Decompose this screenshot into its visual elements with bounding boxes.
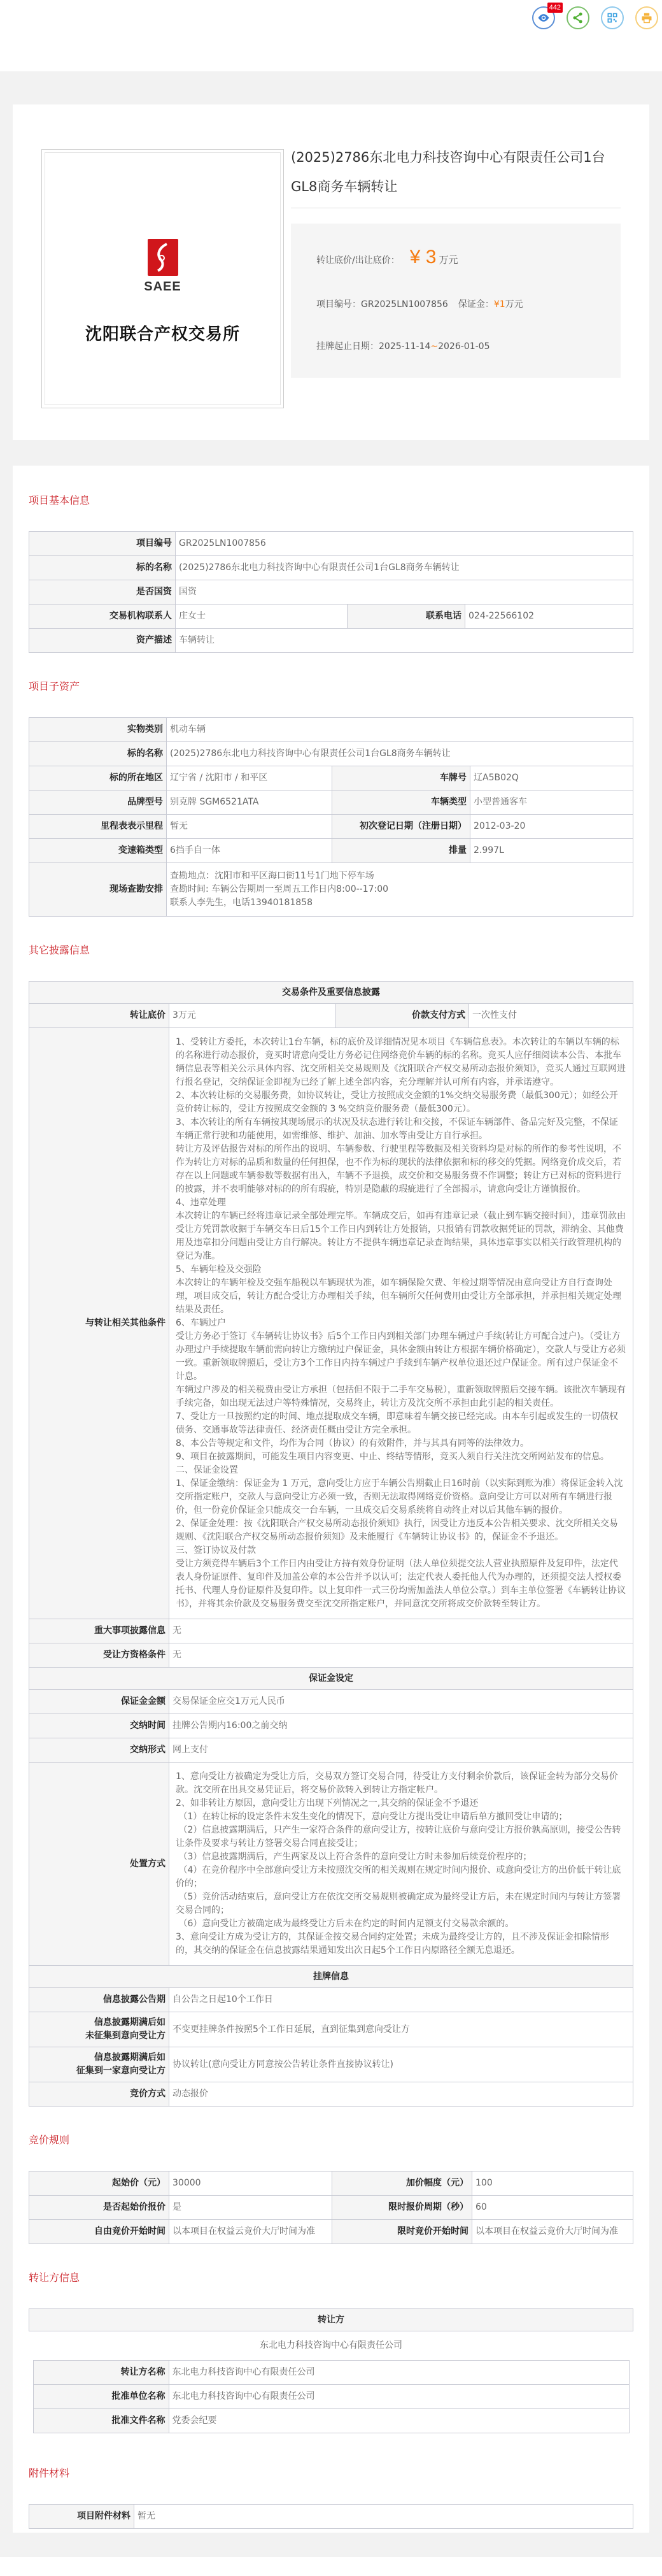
registration-date: 2012-03-20 — [470, 815, 633, 839]
free-start-label: 自由竞价开始时间 — [29, 2220, 169, 2244]
subject-label: 标的名称 — [29, 742, 167, 766]
qrcode-icon — [606, 11, 619, 24]
deposit-currency: ¥ — [494, 299, 500, 310]
price-summary: 转让底价/出让底价： ¥ 3 万元 项目编号： GR2025LN1007856 … — [291, 224, 621, 378]
deposit-disposal: 1、意向受让方被确定为受让方后，交易双方签订交易合同，待受让方支付剩余价款后，该… — [169, 1763, 633, 1966]
start-price: 30000 — [169, 2172, 332, 2196]
label: 项目附件材料 — [29, 2505, 134, 2529]
bidding-rules-table: 起始价（元）30000加价幅度（元）100 是否起始价报价是限时报价周期（秒）6… — [29, 2171, 633, 2244]
bid-cycle: 60 — [472, 2196, 633, 2220]
listing-info-head: 挂牌信息 — [29, 1966, 633, 1988]
section-title-attachments: 附件材料 — [29, 2465, 633, 2480]
no-buyer-label: 信息披露期满后如 未征集到意向受让方 — [29, 2012, 169, 2047]
model-label: 品牌型号 — [29, 791, 167, 815]
listing-period-label: 挂牌起止日期： — [316, 340, 379, 352]
asset-description: 车辆转让 — [176, 629, 633, 653]
buyer-qualification: 无 — [169, 1643, 633, 1668]
increment-label: 加价幅度（元） — [332, 2172, 472, 2196]
share-button[interactable] — [567, 6, 589, 29]
project-no-label: 项目编号： — [316, 297, 361, 310]
displacement-label: 排量 — [332, 839, 470, 863]
major-events: 无 — [169, 1619, 633, 1643]
saee-logo-icon — [148, 239, 178, 276]
attachments-table: 项目附件材料暂无 — [29, 2504, 633, 2529]
qualification-label: 受让方资格条件 — [29, 1643, 169, 1668]
deposit-form-label: 交纳形式 — [29, 1738, 169, 1763]
price-currency: ¥ — [410, 247, 421, 268]
project-no-label: 项目编号 — [29, 532, 176, 556]
view-count-badge: 442 — [547, 3, 563, 13]
no-buyer-rule: 不变更挂牌条件按照5个工作日延展，直到征集到意向受让方 — [169, 2012, 633, 2047]
disclosure-table: 交易条件及重要信息披露 转让底价3万元价款支付方式一次性支付 与转让相关其他条件… — [29, 981, 633, 2107]
project-details: 项目基本信息 项目编号GR2025LN1007856 标的名称(2025)278… — [13, 466, 649, 2533]
displacement: 2.997L — [470, 839, 633, 863]
desc-label: 资产描述 — [29, 629, 176, 653]
action-icons: 442 — [532, 6, 662, 29]
timed-start-label: 限时竞价开始时间 — [332, 2220, 472, 2244]
inspection-label: 现场查勘安排 — [29, 863, 167, 917]
deposit-unit: 万元 — [505, 297, 523, 310]
subject-name: (2025)2786东北电力科技咨询中心有限责任公司1台GL8商务车辆转让 — [176, 556, 633, 580]
logo-abbrev: SAEE — [144, 280, 181, 294]
mileage-label: 里程表表示里程 — [29, 815, 167, 839]
base-price-label: 转让底价 — [29, 1004, 169, 1028]
deposit-amount-label: 保证金金额 — [29, 1690, 169, 1714]
deposit-amount: 交易保证金应交1万元人民币 — [169, 1690, 633, 1714]
listing-end: 2026-01-05 — [438, 341, 489, 352]
subject-label: 标的名称 — [29, 556, 176, 580]
attachments-value: 暂无 — [134, 2505, 633, 2529]
project-hero: SAEE 沈阳联合产权交易所 (2025)2786东北电力科技咨询中心有限责任公… — [13, 104, 649, 440]
section-title-other: 其它披露信息 — [29, 942, 633, 957]
print-button[interactable] — [635, 6, 658, 29]
deposit-value: ¥1 — [494, 299, 505, 310]
cycle-label: 限时报价周期（秒） — [332, 2196, 472, 2220]
approver-name: 东北电力科技咨询中心有限责任公司 — [169, 2385, 629, 2409]
mileage: 暂无 — [167, 815, 332, 839]
other-conditions: 1、受转让方委托，本次转让1台车辆，标的底价及详细情况见本项目《车辆信息表》。本… — [169, 1028, 633, 1619]
eye-icon — [537, 11, 550, 24]
category-label: 实物类别 — [29, 718, 167, 742]
page-footer-space — [0, 2557, 662, 2576]
transferor-detail-table: 转让方名称东北电力科技咨询中心有限责任公司 批准单位名称东北电力科技咨询中心有限… — [33, 2360, 630, 2433]
period-label: 信息披露公告期 — [29, 1988, 169, 2012]
share-icon — [572, 11, 584, 24]
bid-increment: 100 — [472, 2172, 633, 2196]
disposal-label: 处置方式 — [29, 1763, 169, 1966]
base-price: 3万元 — [169, 1004, 336, 1028]
start-price-bid: 是 — [169, 2196, 332, 2220]
page-body: SAEE 沈阳联合产权交易所 (2025)2786东北电力科技咨询中心有限责任公… — [0, 71, 662, 2557]
deposit-form: 网上支付 — [169, 1738, 633, 1763]
inspection-arrangement: 查勘地点：沈阳市和平区海口街11号1门地下停车场 查勘时间: 车辆公告期周一至周… — [167, 863, 633, 917]
asset-subject: (2025)2786东北电力科技咨询中心有限责任公司1台GL8商务车辆转让 — [167, 742, 633, 766]
conditions-label: 与转让相关其他条件 — [29, 1028, 169, 1619]
phone-label: 联系电话 — [348, 605, 465, 629]
section-title-asset: 项目子资产 — [29, 678, 633, 693]
print-icon — [640, 11, 653, 24]
deposit-label: 保证金： — [458, 297, 494, 310]
price-label: 转让底价/出让底价： — [316, 254, 400, 266]
bid-method: 动态报价 — [169, 2082, 633, 2107]
gearbox-label: 变速箱类型 — [29, 839, 167, 863]
approval-document: 党委会纪要 — [169, 2409, 629, 2433]
bid-method-label: 竞价方式 — [29, 2082, 169, 2107]
timed-bid-start: 以本项目在权益云竞价大厅时间为准 — [472, 2220, 633, 2244]
project-title: (2025)2786东北电力科技咨询中心有限责任公司1台GL8商务车辆转让 — [291, 143, 621, 208]
transferor-table: 转让方 东北电力科技咨询中心有限责任公司 转让方名称东北电力科技咨询中心有限责任… — [29, 2308, 633, 2440]
plate-number: 辽A5B02Q — [470, 766, 633, 791]
trade-conditions-head: 交易条件及重要信息披露 — [29, 982, 633, 1004]
sub-asset-table: 实物类别机动车辆 标的名称(2025)2786东北电力科技咨询中心有限责任公司1… — [29, 717, 633, 917]
payment-method: 一次性支付 — [469, 1004, 633, 1028]
listing-tilde: ~ — [430, 341, 438, 352]
disclosure-period: 自公告之日起10个工作日 — [169, 1988, 633, 2012]
transferor-company: 东北电力科技咨询中心有限责任公司 — [29, 2331, 633, 2361]
vtype-label: 车辆类型 — [332, 791, 470, 815]
reg-label: 初次登记日期（注册日期） — [332, 815, 470, 839]
transferor-head: 转让方 — [29, 2309, 633, 2331]
project-no: GR2025LN1007856 — [176, 532, 633, 556]
region-label: 标的所在地区 — [29, 766, 167, 791]
asset-category: 机动车辆 — [167, 718, 633, 742]
exchange-logo: SAEE 沈阳联合产权交易所 — [41, 149, 284, 408]
logo-org-name: 沈阳联合产权交易所 — [85, 321, 240, 345]
state-owned: 国资 — [176, 580, 633, 605]
deposit-time-label: 交纳时间 — [29, 1714, 169, 1738]
one-buyer-label: 信息披露期满后如 征集到一家意向受让方 — [29, 2047, 169, 2082]
start-price-label: 起始价（元） — [29, 2172, 169, 2196]
plate-label: 车牌号 — [332, 766, 470, 791]
approver-label: 批准单位名称 — [33, 2385, 169, 2409]
name-label: 转让方名称 — [33, 2361, 169, 2385]
view-count-button[interactable]: 442 — [532, 6, 555, 29]
contact-label: 交易机构联系人 — [29, 605, 176, 629]
deposit-value: 1 — [500, 299, 505, 310]
gearbox-type: 6挡手自一体 — [167, 839, 332, 863]
price-value: ¥ 3 — [410, 247, 437, 268]
brand-model: 别克牌 SGM6521ATA — [167, 791, 332, 815]
price-unit: 万元 — [439, 253, 458, 266]
section-title-bidding: 竞价规则 — [29, 2132, 633, 2147]
payment-label: 价款支付方式 — [336, 1004, 469, 1028]
free-bid-start: 以本项目在权益云竞价大厅时间为准 — [169, 2220, 332, 2244]
basic-info-table: 项目编号GR2025LN1007856 标的名称(2025)2786东北电力科技… — [29, 531, 633, 653]
price-value: 3 — [426, 247, 437, 268]
contact-person: 庄女士 — [176, 605, 348, 629]
doc-label: 批准文件名称 — [33, 2409, 169, 2433]
qrcode-button[interactable] — [601, 6, 624, 29]
contact-phone: 024-22566102 — [465, 605, 633, 629]
top-toolbar: 442 — [0, 0, 662, 71]
state-label: 是否国资 — [29, 580, 176, 605]
listing-start: 2025-11-14 — [379, 341, 430, 352]
start-bid-label: 是否起始价报价 — [29, 2196, 169, 2220]
major-label: 重大事项披露信息 — [29, 1619, 169, 1643]
vehicle-type: 小型普通客车 — [470, 791, 633, 815]
one-buyer-rule: 协议转让(意向受让方同意按公告转让条件直接协议转让) — [169, 2047, 633, 2082]
project-no-value: GR2025LN1007856 — [361, 299, 448, 310]
deposit-time: 挂牌公告期内16:00之前交纳 — [169, 1714, 633, 1738]
transferor-name: 东北电力科技咨询中心有限责任公司 — [169, 2361, 629, 2385]
deposit-settings-head: 保证金设定 — [29, 1668, 633, 1690]
section-title-transferor: 转让方信息 — [29, 2270, 633, 2284]
section-title-basic: 项目基本信息 — [29, 492, 633, 507]
asset-region: 辽宁省 / 沈阳市 / 和平区 — [167, 766, 332, 791]
